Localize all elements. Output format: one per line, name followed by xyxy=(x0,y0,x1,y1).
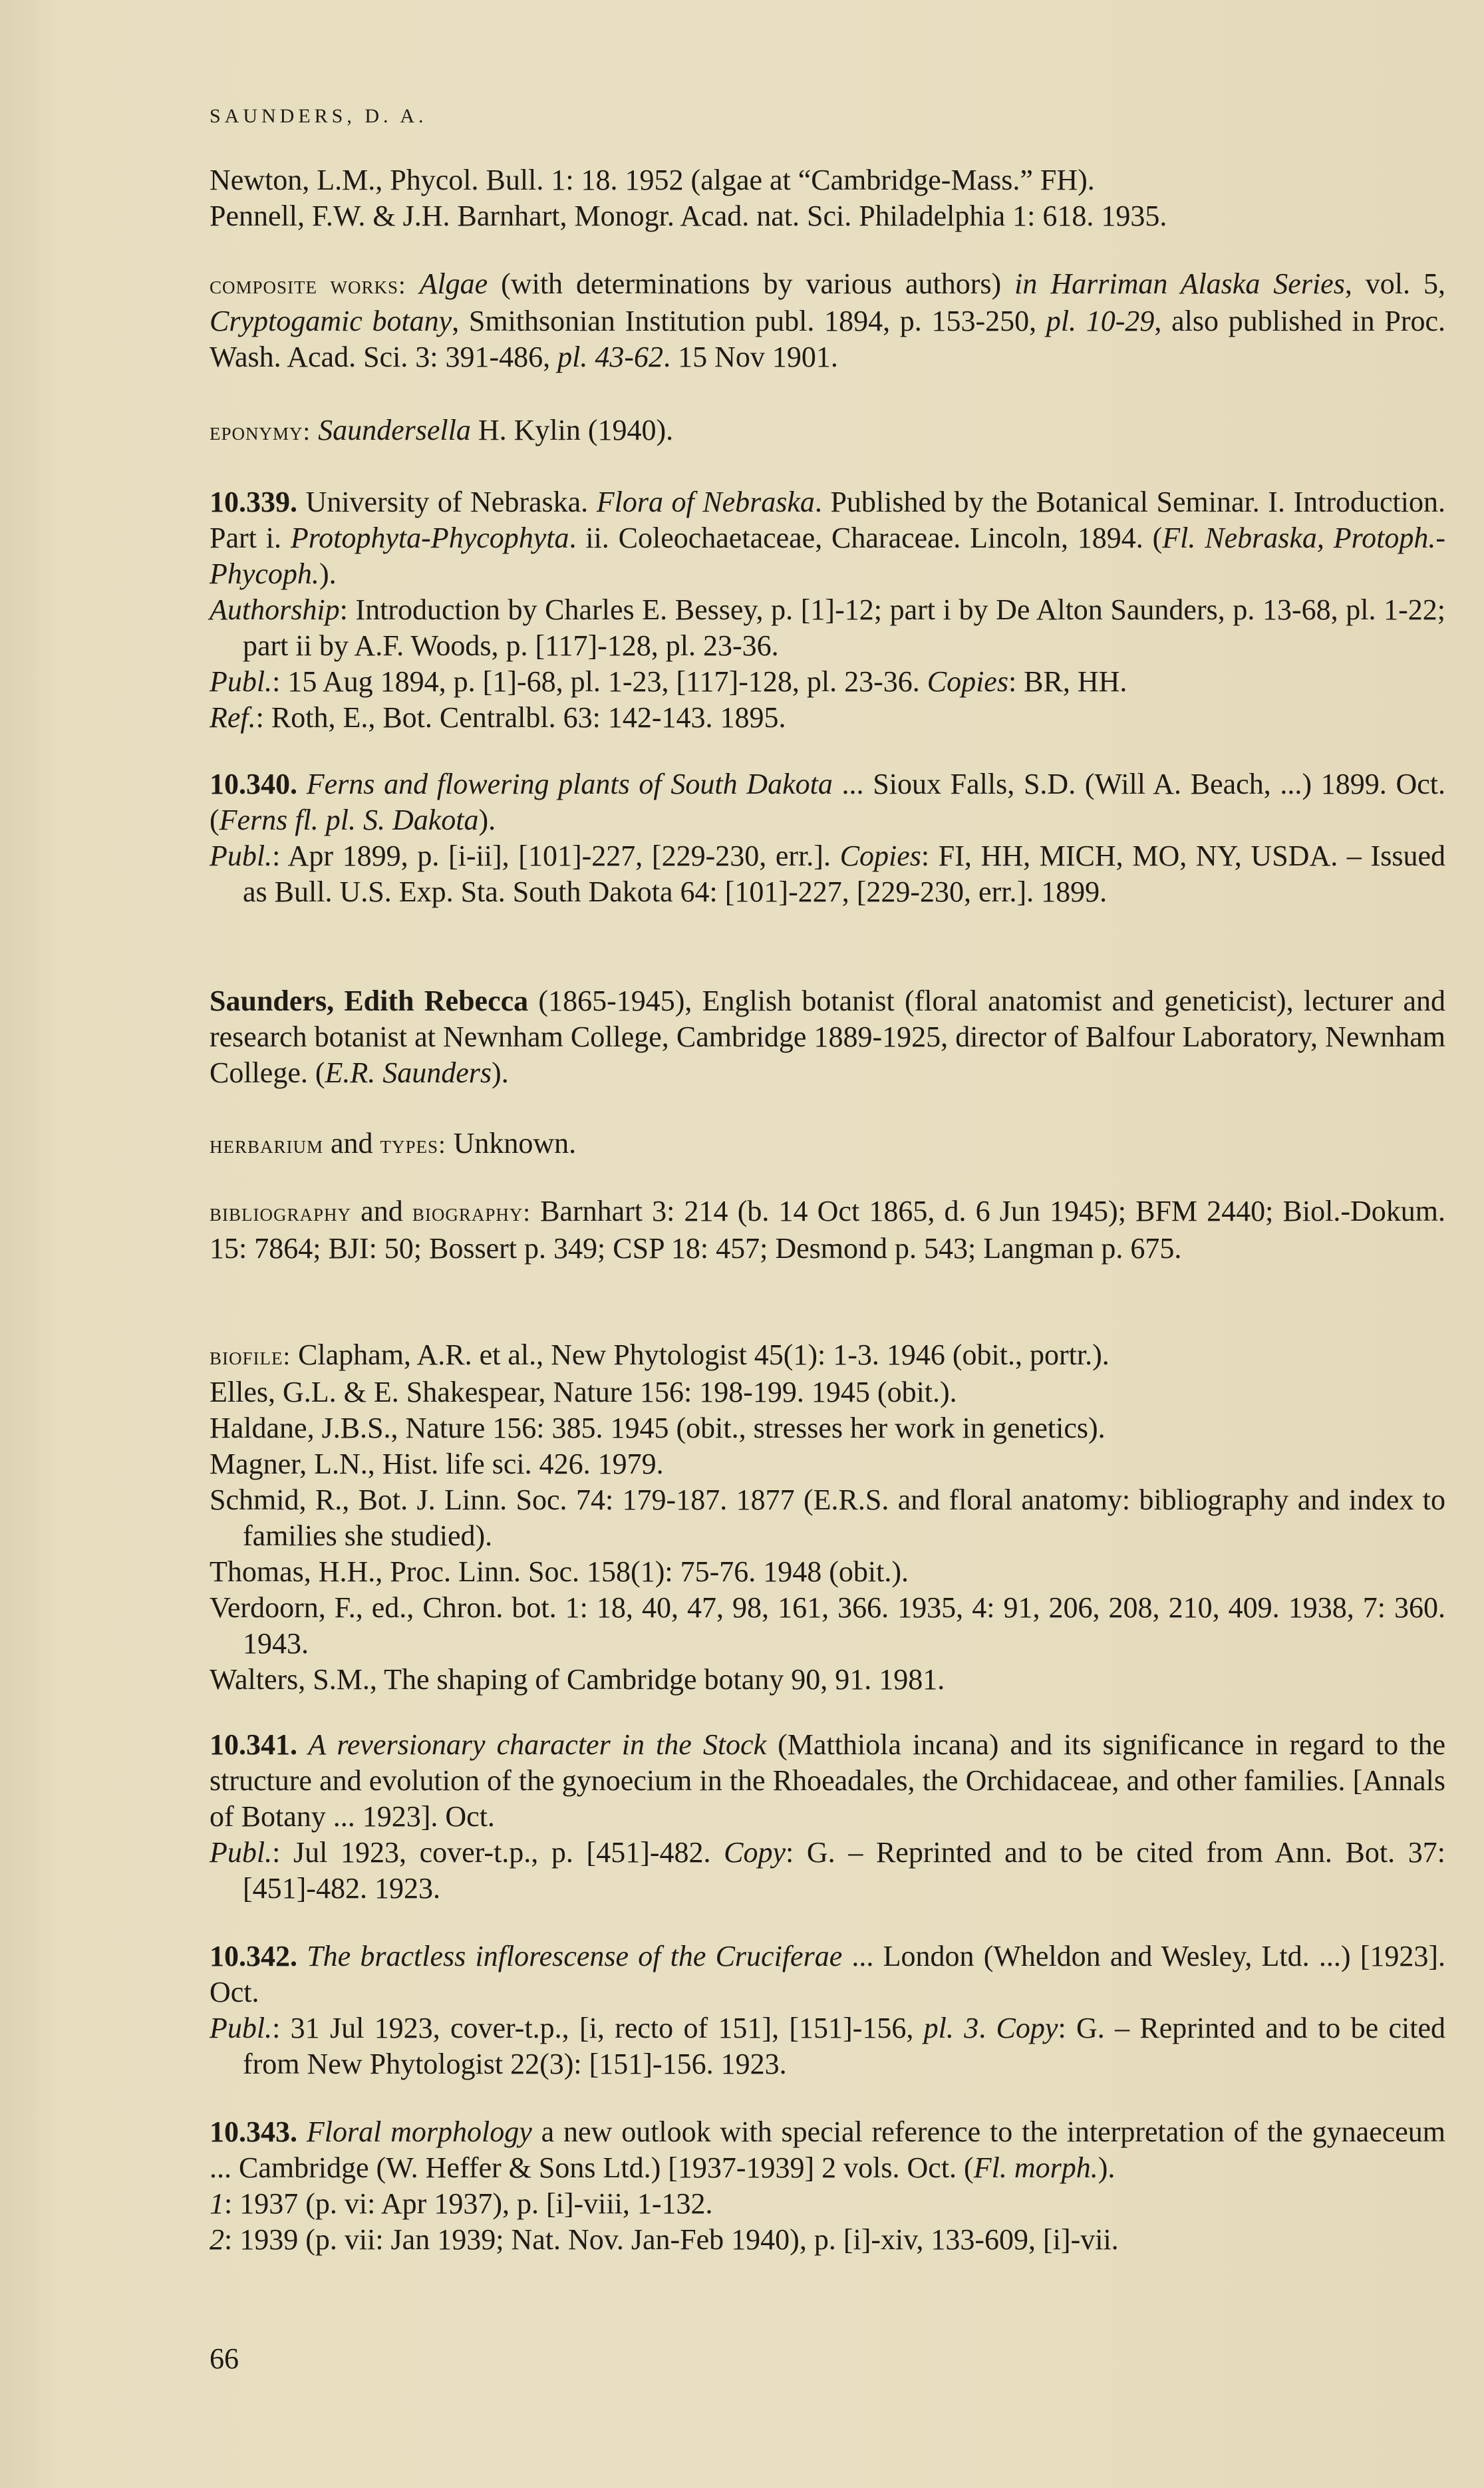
page-number: 66 xyxy=(210,2342,239,2376)
entry-number: 10.343. xyxy=(210,2115,297,2148)
biofile-item: Magner, L.N., Hist. life sci. 426. 1979. xyxy=(210,1446,1445,1482)
herbarium-types: herbarium and types: Unknown. xyxy=(210,1126,1445,1163)
biofile-item: Thomas, H.H., Proc. Linn. Soc. 158(1): 7… xyxy=(210,1554,1445,1590)
reference-item: Newton, L.M., Phycol. Bull. 1: 18. 1952 … xyxy=(243,162,1445,198)
running-head: SAUNDERS, D. A. xyxy=(210,105,428,128)
reference-item: Pennell, F.W. & J.H. Barnhart, Monogr. A… xyxy=(243,198,1445,234)
section-label: composite works: xyxy=(210,271,406,299)
entry-number: 10.340. xyxy=(210,768,297,800)
entry-number: 10.339. xyxy=(210,486,297,518)
biofile-item: Clapham, A.R. et al., New Phytologist 45… xyxy=(291,1338,1110,1371)
entry-10-343: 10.343. Floral morphology a new outlook … xyxy=(210,2114,1445,2258)
biofile: biofile: Clapham, A.R. et al., New Phyto… xyxy=(210,1337,1445,1698)
entry-number: 10.341. xyxy=(210,1728,297,1761)
bibliography-biography: bibliography and biography: Barnhart 3: … xyxy=(210,1193,1445,1267)
entry-number: 10.342. xyxy=(210,1940,297,1972)
biofile-item: Elles, G.L. & E. Shakespear, Nature 156:… xyxy=(210,1374,1445,1410)
person-name: Saunders, Edith Rebecca xyxy=(210,985,528,1017)
references-top: Newton, L.M., Phycol. Bull. 1: 18. 1952 … xyxy=(210,162,1445,234)
eponymy: eponymy: Saundersella H. Kylin (1940). xyxy=(210,412,1445,450)
biofile-item: Walters, S.M., The shaping of Cambridge … xyxy=(210,1662,1445,1698)
person-entry: Saunders, Edith Rebecca (1865-1945), Eng… xyxy=(210,983,1445,1091)
section-label: eponymy: xyxy=(210,418,311,446)
composite-works: composite works: Algae (with determinati… xyxy=(210,266,1445,375)
biofile-item: Haldane, J.B.S., Nature 156: 385. 1945 (… xyxy=(210,1410,1445,1446)
biofile-item: Schmid, R., Bot. J. Linn. Soc. 74: 179-1… xyxy=(210,1482,1445,1554)
entry-10-339: 10.339. University of Nebraska. Flora of… xyxy=(210,484,1445,736)
entry-10-341: 10.341. A reversionary character in the … xyxy=(210,1727,1445,1907)
entry-10-342: 10.342. The bractless inflorescense of t… xyxy=(210,1939,1445,2082)
biofile-item: Verdoorn, F., ed., Chron. bot. 1: 18, 40… xyxy=(210,1590,1445,1662)
entry-10-340: 10.340. Ferns and flowering plants of So… xyxy=(210,766,1445,910)
